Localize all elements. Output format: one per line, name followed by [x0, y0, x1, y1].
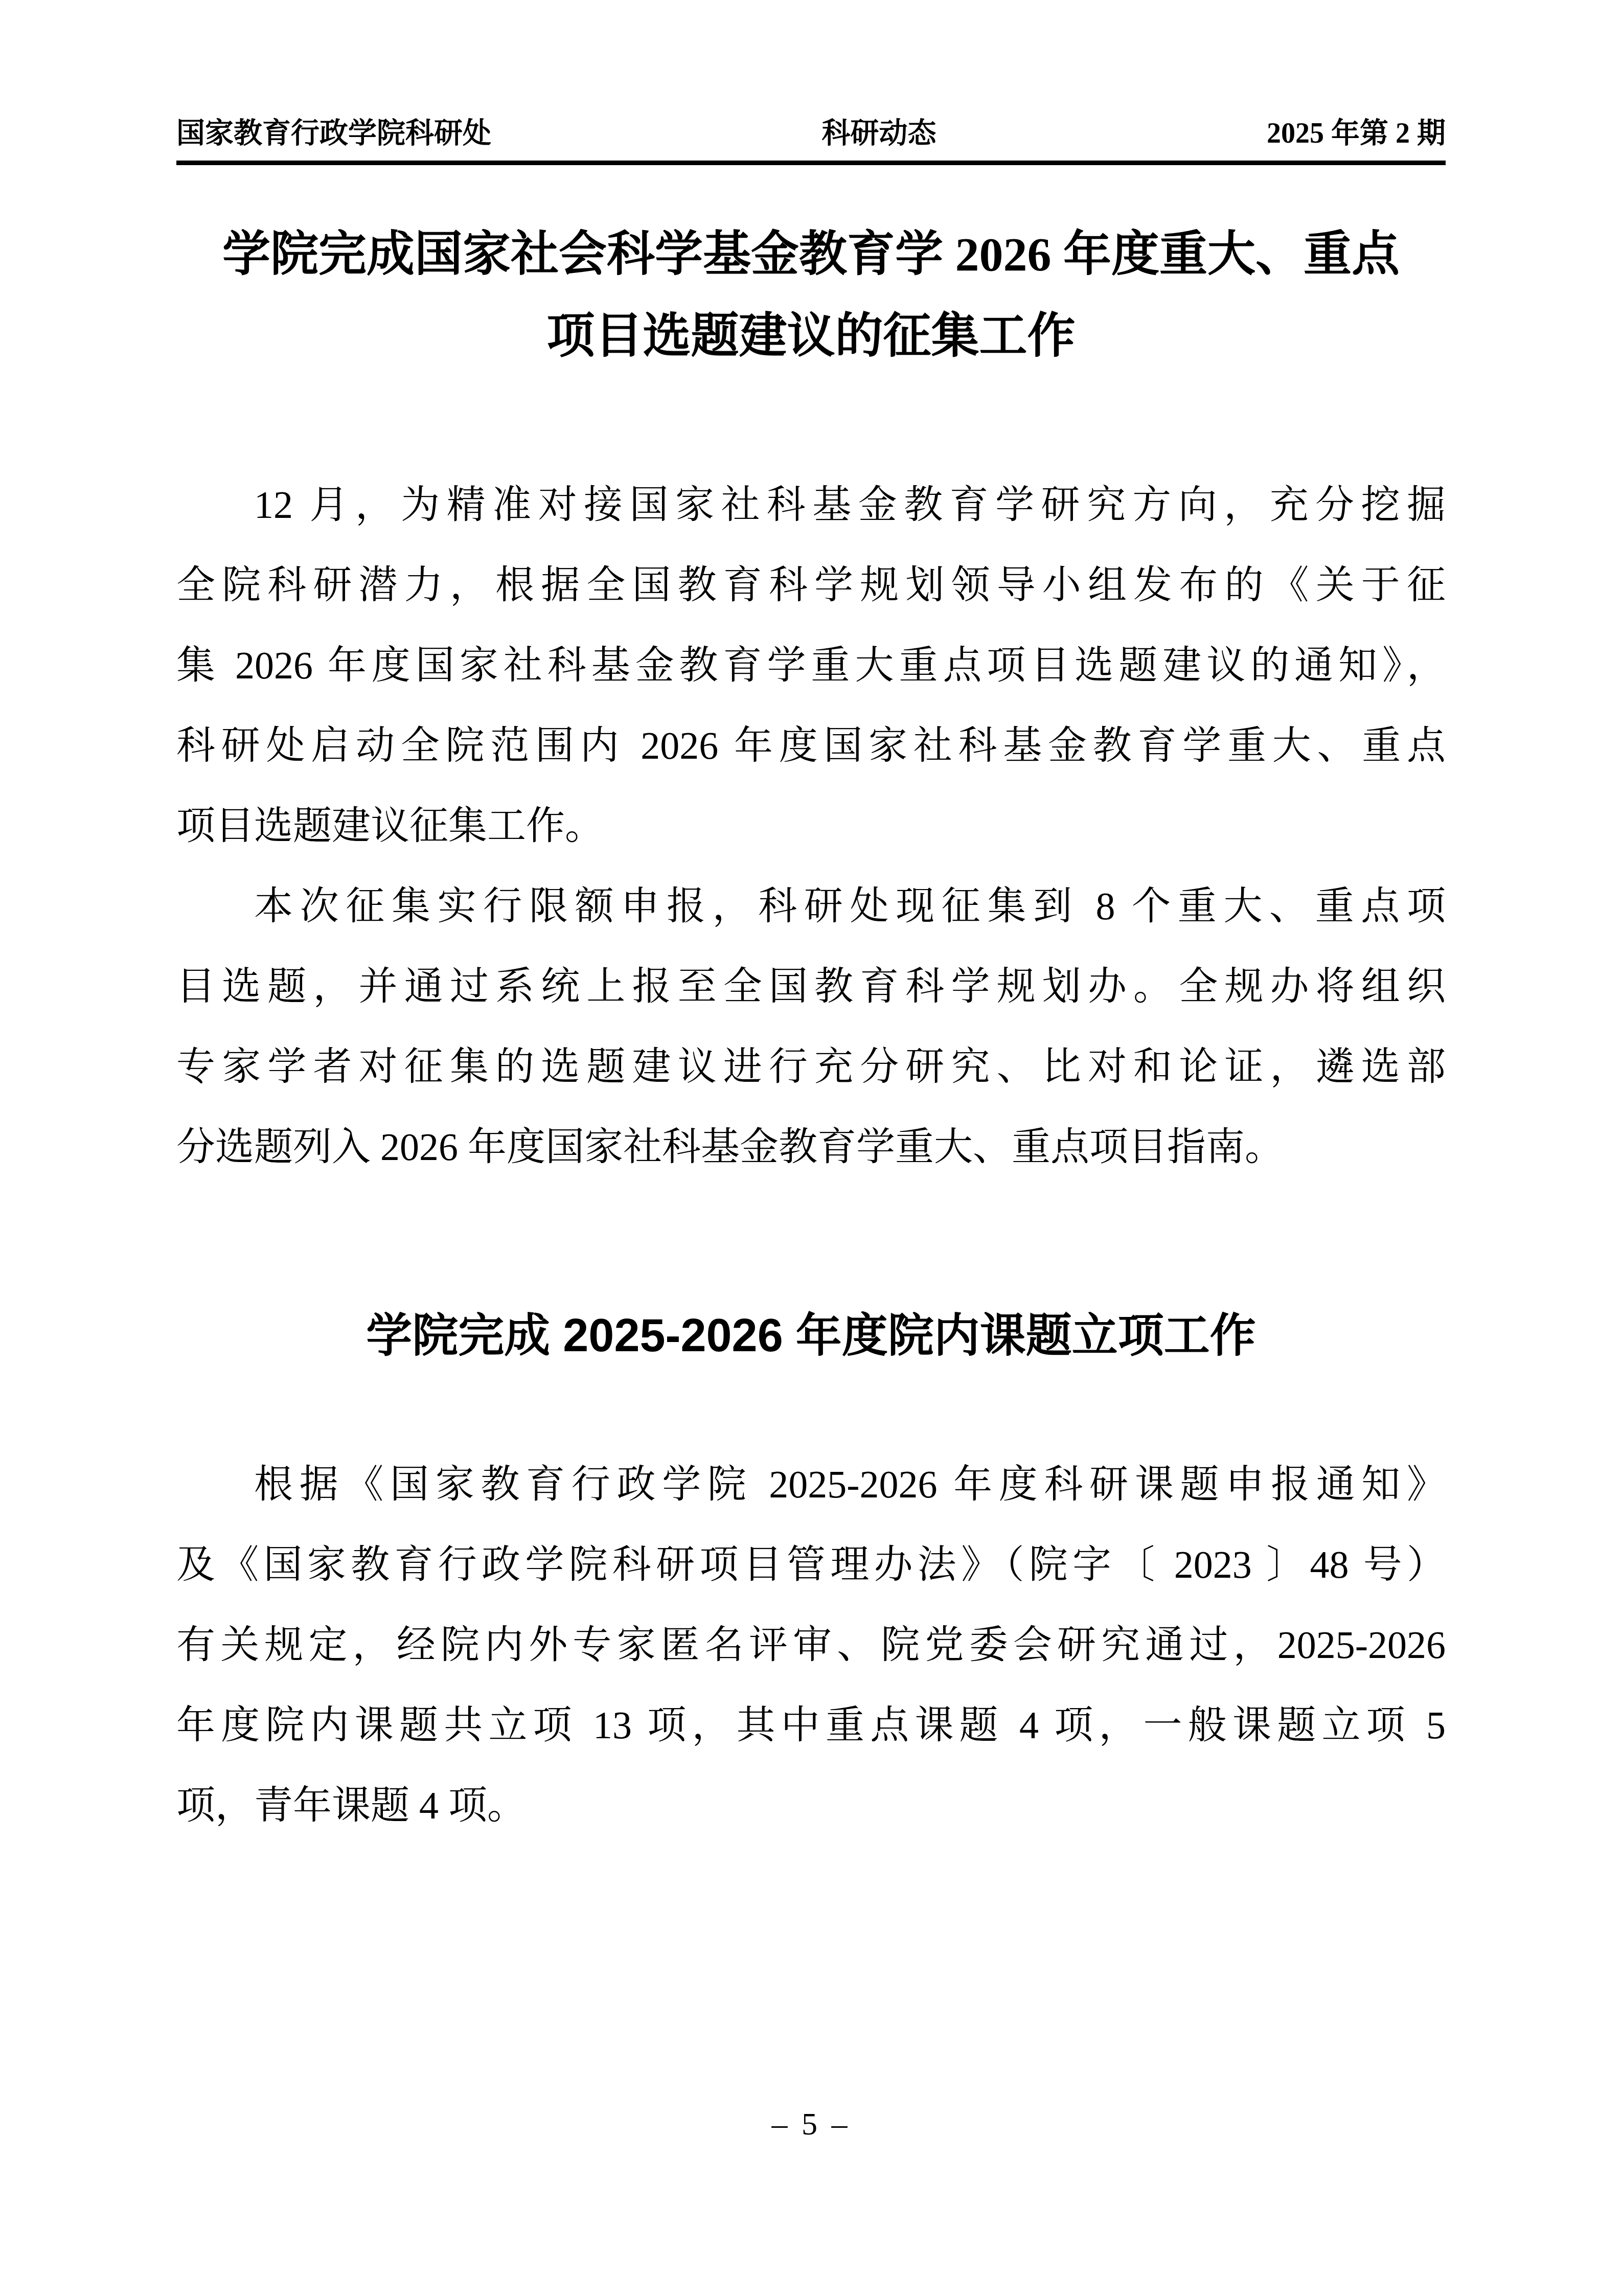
header-divider-rule — [176, 161, 1446, 165]
paragraph-line: 项，青年课题 4 项。 — [176, 1766, 1446, 1846]
article2-body: 根据《国家教育行政学院 2025-2026 年度科研课题申报通知》 及《国家教育… — [176, 1445, 1446, 1846]
paragraph-line: 及《国家教育行政学院科研项目管理办法》（院字〔 2023 〕48 号） — [176, 1525, 1446, 1605]
page-number: – 5 – — [0, 2106, 1622, 2143]
article1-title: 学院完成国家社会科学基金教育学 2026 年度重大、重点 项目选题建议的征集工作 — [176, 214, 1446, 377]
paragraph-line: 全院科研潜力，根据全国教育科学规划领导小组发布的《关于征 — [176, 545, 1446, 626]
paragraph-line: 专家学者对征集的选题建议进行充分研究、比对和论证，遴选部 — [176, 1027, 1446, 1107]
header-right-label: 2025 年第 2 期 — [1267, 117, 1446, 150]
page-header: 国家教育行政学院科研处 科研动态 2025 年第 2 期 — [176, 0, 1446, 150]
document-page: 国家教育行政学院科研处 科研动态 2025 年第 2 期 学院完成国家社会科学基… — [0, 0, 1622, 2296]
paragraph-line: 根据《国家教育行政学院 2025-2026 年度科研课题申报通知》 — [176, 1445, 1446, 1525]
paragraph-line: 分选题列入 2026 年度国家社科基金教育学重大、重点项目指南。 — [176, 1107, 1446, 1188]
paragraph-line: 集 2026 年度国家社科基金教育学重大重点项目选题建议的通知》， — [176, 626, 1446, 706]
article1-title-line2: 项目选题建议的征集工作 — [176, 295, 1446, 377]
paragraph-line: 目选题，并通过系统上报至全国教育科学规划办。全规办将组织 — [176, 947, 1446, 1027]
paragraph-line: 年度院内课题共立项 13 项，其中重点课题 4 项，一般课题立项 5 — [176, 1686, 1446, 1766]
article1-title-line1: 学院完成国家社会科学基金教育学 2026 年度重大、重点 — [176, 214, 1446, 295]
paragraph-line: 12 月，为精准对接国家社科基金教育学研究方向，充分挖掘 — [176, 465, 1446, 545]
paragraph-line: 项目选题建议征集工作。 — [176, 786, 1446, 867]
header-left-label: 国家教育行政学院科研处 — [176, 117, 491, 150]
paragraph-line: 有关规定，经院内外专家匿名评审、院党委会研究通过，2025-2026 — [176, 1605, 1446, 1686]
article2-title: 学院完成 2025-2026 年度院内课题立项工作 — [176, 1303, 1446, 1369]
article1-body: 12 月，为精准对接国家社科基金教育学研究方向，充分挖掘 全院科研潜力，根据全国… — [176, 465, 1446, 1188]
header-center-label: 科研动态 — [822, 117, 936, 150]
paragraph-line: 本次征集实行限额申报，科研处现征集到 8 个重大、重点项 — [176, 867, 1446, 947]
paragraph-line: 科研处启动全院范围内 2026 年度国家社科基金教育学重大、重点 — [176, 706, 1446, 786]
